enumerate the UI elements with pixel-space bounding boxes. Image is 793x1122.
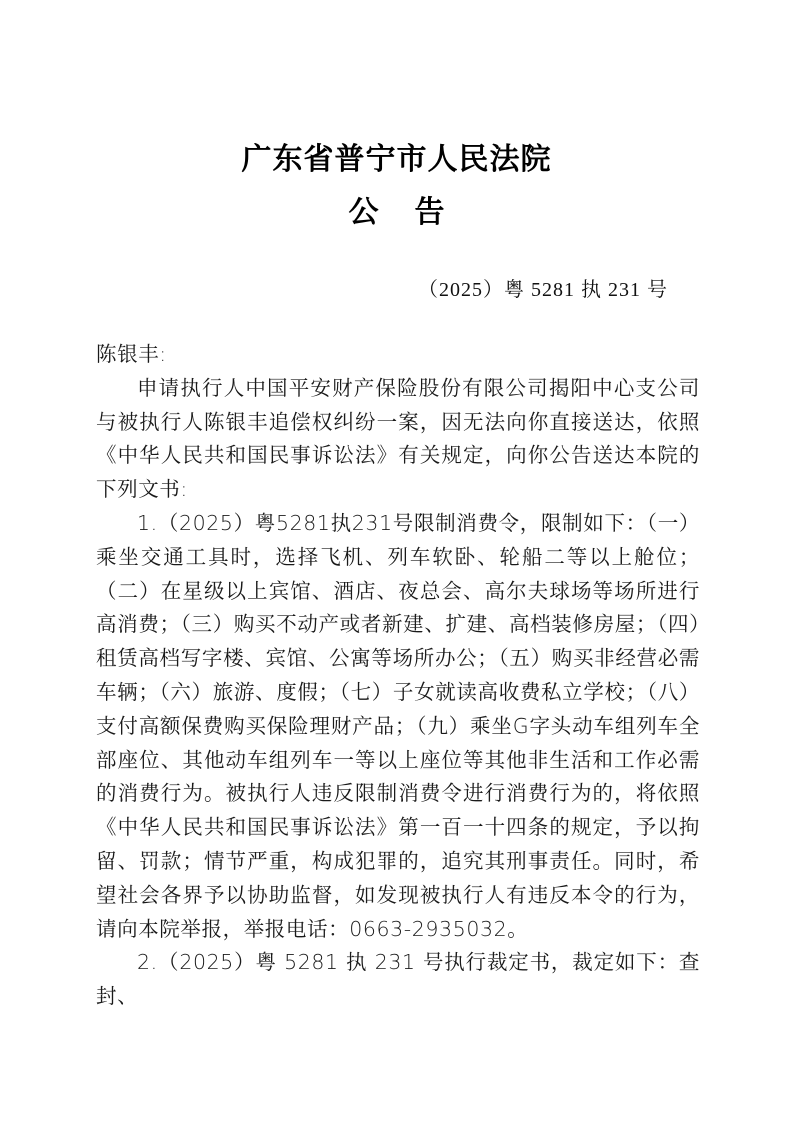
document-page: 广东省普宁市人民法院 公告 （2025）粤 5281 执 231 号 陈银丰: … xyxy=(0,0,793,1122)
case-number: （2025）粤 5281 执 231 号 xyxy=(418,276,668,304)
paragraph-intro: 申请执行人中国平安财产保险股份有限公司揭阳中心支公司与被执行人陈银丰追偿权纠纷一… xyxy=(96,372,700,507)
addressee: 陈银丰: xyxy=(96,338,700,372)
court-name-heading: 广东省普宁市人民法院 xyxy=(0,140,793,180)
paragraph-item-1-consumption-restriction: 1.（2025）粤5281执231号限制消费令，限制如下：（一）乘坐交通工具时，… xyxy=(96,507,700,946)
document-type-heading: 公告 xyxy=(0,193,793,233)
paragraph-item-2-enforcement-ruling: 2.（2025）粤 5281 执 231 号执行裁定书，裁定如下：查封、 xyxy=(96,946,700,1014)
document-body: 陈银丰: 申请执行人中国平安财产保险股份有限公司揭阳中心支公司与被执行人陈银丰追… xyxy=(96,338,700,1014)
